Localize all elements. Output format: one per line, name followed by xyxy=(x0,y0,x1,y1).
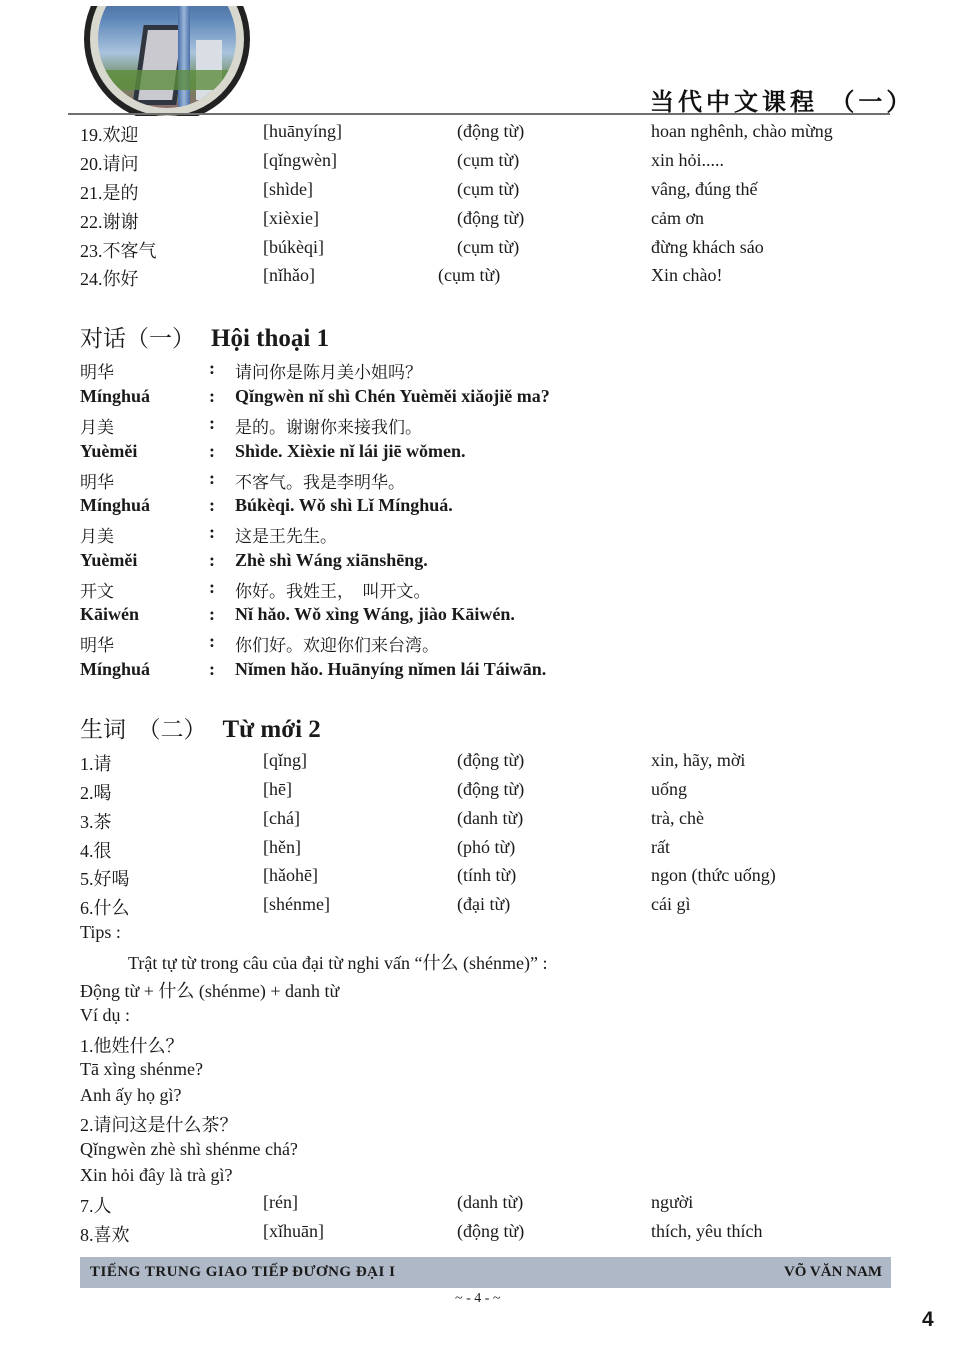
colon: : xyxy=(209,468,215,489)
vocab-meaning: đừng khách sáo xyxy=(651,237,764,258)
vocab2-heading-vi: Từ mới 2 xyxy=(223,716,321,743)
vocab-pos: (đại từ) xyxy=(457,894,510,915)
vocab-pinyin: [rén] xyxy=(263,1192,298,1213)
vocab-pos: (cụm từ) xyxy=(457,237,519,258)
speaker-name: Mínghuá xyxy=(80,659,150,680)
dialogue-heading: 对话（一）Hội thoại 1 xyxy=(80,320,329,353)
book-logo xyxy=(84,6,250,116)
vocab-word: 20.请问 xyxy=(80,150,139,176)
vocab-word: 6.什么 xyxy=(80,894,130,920)
vocab-pos: (danh từ) xyxy=(457,1192,523,1213)
example-vi: Xin hỏi đây là trà gì? xyxy=(80,1165,232,1186)
dialogue-heading-vi: Hội thoại 1 xyxy=(211,325,329,352)
speaker-name: 月美 xyxy=(80,413,114,438)
dialogue-text: Shìde. Xièxie nǐ lái jiē wǒmen. xyxy=(235,441,466,462)
dialogue-text: 你好。我姓王， 叫开文。 xyxy=(235,577,431,602)
book-title: 当代中文课程 （一） xyxy=(650,82,914,117)
colon: : xyxy=(209,577,215,598)
dialogue-text: Nǐ hǎo. Wǒ xìng Wáng, jiào Kāiwén. xyxy=(235,604,515,625)
vocab-pinyin: [hěn] xyxy=(263,837,301,858)
dialogue-text: Nǐmen hǎo. Huānyíng nǐmen lái Táiwān. xyxy=(235,659,546,680)
tips-label: Tips : xyxy=(80,922,121,943)
vocab-pos: (tính từ) xyxy=(457,865,516,886)
speaker-name: 明华 xyxy=(80,631,114,656)
vocab-pos: (cụm từ) xyxy=(438,265,500,286)
vocab-word: 5.好喝 xyxy=(80,865,130,891)
vocab-pos: (động từ) xyxy=(457,1221,524,1242)
dialogue-text: 是的。谢谢你来接我们。 xyxy=(235,413,422,438)
vocab-pinyin: [hǎohē] xyxy=(263,865,318,886)
vocab-meaning: hoan nghênh, chào mừng xyxy=(651,121,833,142)
speaker-name: Yuèměi xyxy=(80,550,137,571)
vocab-meaning: trà, chè xyxy=(651,808,704,829)
speaker-name: 明华 xyxy=(80,468,114,493)
page-number-center: ~ - 4 - ~ xyxy=(455,1291,500,1307)
vocab2-heading: 生词 （二）Từ mới 2 xyxy=(80,711,321,744)
vocab-pinyin: [nǐhǎo] xyxy=(263,265,315,286)
colon: : xyxy=(209,441,215,462)
dialogue-text: Zhè shì Wáng xiānshēng. xyxy=(235,550,428,571)
example-pinyin: Qǐngwèn zhè shì shénme chá? xyxy=(80,1139,298,1160)
vocab-meaning: cái gì xyxy=(651,894,690,915)
speaker-name: Yuèměi xyxy=(80,441,137,462)
vocab-word: 2.喝 xyxy=(80,779,112,805)
colon: : xyxy=(209,386,215,407)
dialogue-text: Qǐngwèn nǐ shì Chén Yuèměi xiǎojiě ma? xyxy=(235,386,550,407)
speaker-name: 明华 xyxy=(80,358,114,383)
speaker-name: Mínghuá xyxy=(80,495,150,516)
vocab-pinyin: [xièxie] xyxy=(263,208,319,229)
vocab-word: 8.喜欢 xyxy=(80,1221,130,1247)
example-label: Ví dụ : xyxy=(80,1005,130,1026)
example-zh: 2.请问这是什么茶？ xyxy=(80,1111,238,1137)
vocab-pinyin: [hē] xyxy=(263,779,292,800)
greenery-shape xyxy=(98,70,236,90)
vocab-word: 19.欢迎 xyxy=(80,121,139,147)
vocab-pinyin: [qǐng] xyxy=(263,750,307,771)
colon: : xyxy=(209,604,215,625)
vocab-word: 7.人 xyxy=(80,1192,112,1218)
vocab-pinyin: [shénme] xyxy=(263,894,330,915)
speaker-name: 开文 xyxy=(80,577,114,602)
vocab-pos: (động từ) xyxy=(457,750,524,771)
vocab-word: 23.不客气 xyxy=(80,237,157,263)
vocab-word: 21.是的 xyxy=(80,179,139,205)
footer-course-title: TIẾNG TRUNG GIAO TIẾP ĐƯƠNG ĐẠI I xyxy=(90,1264,395,1281)
vocab-meaning: ngon (thức uống) xyxy=(651,865,776,886)
vocab-pinyin: [qǐngwèn] xyxy=(263,150,337,171)
dialogue-text: 请问你是陈月美小姐吗？ xyxy=(235,358,422,383)
vocab-meaning: xin hỏi..... xyxy=(651,150,724,171)
vocab-pos: (danh từ) xyxy=(457,808,523,829)
speaker-name: 月美 xyxy=(80,522,114,547)
page-number: 4 xyxy=(922,1308,934,1332)
tower-shape xyxy=(178,6,190,108)
example-pinyin: Tā xìng shénme? xyxy=(80,1059,203,1080)
vocab-pinyin: [huānyíng] xyxy=(263,121,342,142)
colon: : xyxy=(209,495,215,516)
colon: : xyxy=(209,413,215,434)
vocab-meaning: rất xyxy=(651,837,670,858)
vocab-word: 4.很 xyxy=(80,837,112,863)
tips-rule-intro: Trật tự từ trong câu của đại từ nghi vấn… xyxy=(128,949,548,975)
vocab-pos: (động từ) xyxy=(457,779,524,800)
vocab-word: 1.请 xyxy=(80,750,112,776)
vocab-meaning: cảm ơn xyxy=(651,208,704,229)
vocab-word: 24.你好 xyxy=(80,265,139,291)
vocab-word: 22.谢谢 xyxy=(80,208,139,234)
vocab2-heading-zh: 生词 （二） xyxy=(80,717,207,743)
dialogue-text: 你们好。欢迎你们来台湾。 xyxy=(235,631,439,656)
speaker-name: Kāiwén xyxy=(80,604,139,625)
footer-author: VÕ VĂN NAM xyxy=(784,1264,882,1281)
colon: : xyxy=(209,659,215,680)
vocab-pinyin: [shìde] xyxy=(263,179,313,200)
colon: : xyxy=(209,631,215,652)
dialogue-text: 这是王先生。 xyxy=(235,522,337,547)
dialogue-text: Búkèqi. Wǒ shì Lǐ Mínghuá. xyxy=(235,495,453,516)
vocab-pos: (động từ) xyxy=(457,208,524,229)
vocab-pos: (cụm từ) xyxy=(457,150,519,171)
speaker-name: Mínghuá xyxy=(80,386,150,407)
vocab-pos: (cụm từ) xyxy=(457,179,519,200)
vocab-meaning: vâng, đúng thế xyxy=(651,179,757,200)
example-zh: 1.他姓什么？ xyxy=(80,1032,184,1058)
example-vi: Anh ấy họ gì? xyxy=(80,1085,181,1106)
colon: : xyxy=(209,550,215,571)
footer-bar: TIẾNG TRUNG GIAO TIẾP ĐƯƠNG ĐẠI I VÕ VĂN… xyxy=(80,1257,891,1288)
vocab-pos: (động từ) xyxy=(457,121,524,142)
header-divider xyxy=(68,113,890,115)
vocab-pinyin: [chá] xyxy=(263,808,300,829)
vocab-meaning: uống xyxy=(651,779,687,800)
vocab-pos: (phó từ) xyxy=(457,837,515,858)
vocab-meaning: xin, hãy, mời xyxy=(651,750,745,771)
vocab-meaning: người xyxy=(651,1192,693,1213)
dialogue-text: 不客气。我是李明华。 xyxy=(235,468,405,493)
vocab-pinyin: [xǐhuān] xyxy=(263,1221,324,1242)
vocab-meaning: Xin chào! xyxy=(651,265,722,286)
tips-pattern: Động từ + 什么 (shénme) + danh từ xyxy=(80,977,339,1003)
vocab-pinyin: [búkèqi] xyxy=(263,237,324,258)
vocab-meaning: thích, yêu thích xyxy=(651,1221,762,1242)
dialogue-heading-zh: 对话（一） xyxy=(80,326,195,352)
vocab-word: 3.茶 xyxy=(80,808,112,834)
colon: : xyxy=(209,522,215,543)
colon: : xyxy=(209,358,215,379)
